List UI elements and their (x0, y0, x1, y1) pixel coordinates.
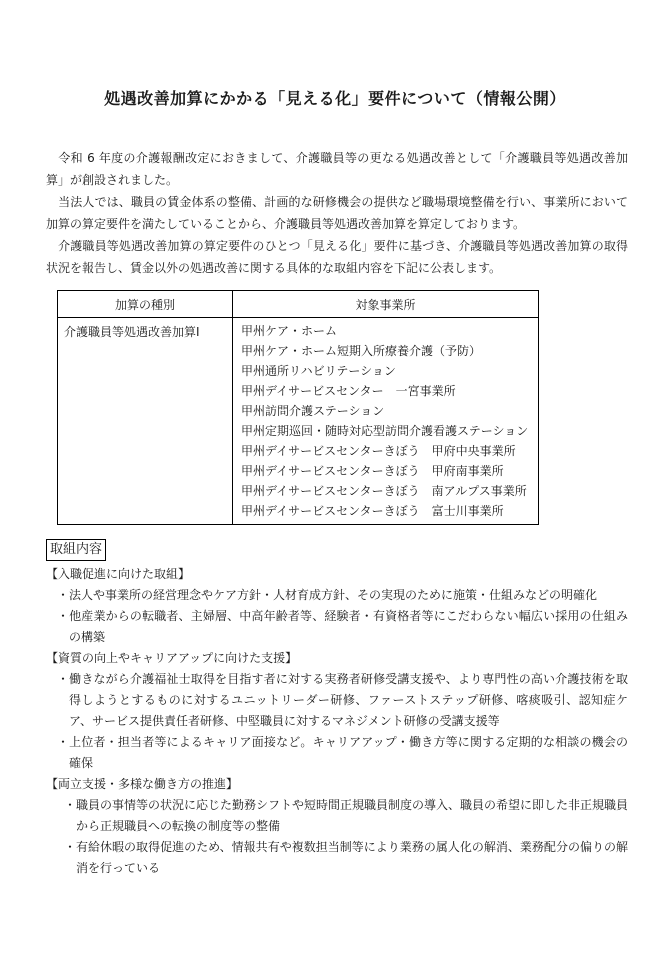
office-name: 甲州デイサービスセンターきぼう 甲府南事業所 (241, 461, 530, 481)
initiatives-section-title: 取組内容 (46, 539, 106, 561)
target-offices-cell: 甲州ケア・ホーム 甲州ケア・ホーム短期入所療養介護（予防） 甲州通所リハビリテー… (233, 318, 539, 525)
initiative-group-heading: 【資質の向上やキャリアアップに向けた支援】 (46, 648, 628, 669)
office-name: 甲州ケア・ホーム (241, 321, 530, 341)
intro-paragraph: 介護職員等処遇改善加算の算定要件のひとつ「見える化」要件に基づき、介護職員等処遇… (46, 235, 628, 279)
initiative-item: ・職員の事情等の状況に応じた勤務シフトや短時間正規職員制度の導入、職員の希望に即… (46, 795, 628, 837)
table-row: 介護職員等処遇改善加算Ⅰ 甲州ケア・ホーム 甲州ケア・ホーム短期入所療養介護（予… (58, 318, 539, 525)
initiative-item: ・他産業からの転職者、主婦層、中高年齢者等、経験者・有資格者等にこだわらない幅広… (46, 606, 628, 648)
table-header-target-offices: 対象事業所 (233, 291, 539, 318)
page-title: 処遇改善加算にかかる「見える化」要件について（情報公開） (0, 0, 670, 109)
office-name: 甲州デイサービスセンターきぼう 富士川事業所 (241, 501, 530, 521)
initiative-items: ・法人や事業所の経営理念やケア方針・人材育成方針、その実現のために施策・仕組みな… (46, 585, 628, 648)
initiative-group-heading: 【両立支援・多様な働き方の推進】 (46, 774, 628, 795)
intro-paragraph: 令和 6 年度の介護報酬改定におきまして、介護職員等の更なる処遇改善として「介護… (46, 147, 628, 191)
initiative-items: ・職員の事情等の状況に応じた勤務シフトや短時間正規職員制度の導入、職員の希望に即… (46, 795, 628, 879)
addition-type-cell: 介護職員等処遇改善加算Ⅰ (58, 318, 233, 525)
addition-offices-table: 加算の種別 対象事業所 介護職員等処遇改善加算Ⅰ 甲州ケア・ホーム 甲州ケア・ホ… (57, 290, 539, 525)
table-header-addition-type: 加算の種別 (58, 291, 233, 318)
initiative-item: ・有給休暇の取得促進のため、情報共有や複数担当制等により業務の属人化の解消、業務… (46, 837, 628, 879)
initiative-groups: 【入職促進に向けた取組】 ・法人や事業所の経営理念やケア方針・人材育成方針、その… (46, 564, 628, 879)
initiative-item: ・法人や事業所の経営理念やケア方針・人材育成方針、その実現のために施策・仕組みな… (46, 585, 628, 606)
office-name: 甲州定期巡回・随時対応型訪問介護看護ステーション (241, 421, 530, 441)
intro-paragraphs: 令和 6 年度の介護報酬改定におきまして、介護職員等の更なる処遇改善として「介護… (46, 147, 628, 279)
office-name: 甲州デイサービスセンターきぼう 甲府中央事業所 (241, 441, 530, 461)
initiative-group: 【両立支援・多様な働き方の推進】 ・職員の事情等の状況に応じた勤務シフトや短時間… (46, 774, 628, 879)
initiative-group: 【入職促進に向けた取組】 ・法人や事業所の経営理念やケア方針・人材育成方針、その… (46, 564, 628, 648)
office-name: 甲州デイサービスセンターきぼう 南アルプス事業所 (241, 481, 530, 501)
initiative-item: ・上位者・担当者等によるキャリア面接など。キャリアアップ・働き方等に関する定期的… (46, 732, 628, 774)
office-name: 甲州訪問介護ステーション (241, 401, 530, 421)
initiative-item: ・働きながら介護福祉士取得を目指す者に対する実務者研修受講支援や、より専門性の高… (46, 669, 628, 732)
table-header-row: 加算の種別 対象事業所 (58, 291, 539, 318)
initiative-group: 【資質の向上やキャリアアップに向けた支援】 ・働きながら介護福祉士取得を目指す者… (46, 648, 628, 774)
initiative-items: ・働きながら介護福祉士取得を目指す者に対する実務者研修受講支援や、より専門性の高… (46, 669, 628, 774)
office-name: 甲州ケア・ホーム短期入所療養介護（予防） (241, 341, 530, 361)
office-name: 甲州デイサービスセンター 一宮事業所 (241, 381, 530, 401)
office-name: 甲州通所リハビリテーション (241, 361, 530, 381)
initiative-group-heading: 【入職促進に向けた取組】 (46, 564, 628, 585)
intro-paragraph: 当法人では、職員の賃金体系の整備、計画的な研修機会の提供など職場環境整備を行い、… (46, 191, 628, 235)
document-page: 処遇改善加算にかかる「見える化」要件について（情報公開） 令和 6 年度の介護報… (0, 0, 670, 954)
